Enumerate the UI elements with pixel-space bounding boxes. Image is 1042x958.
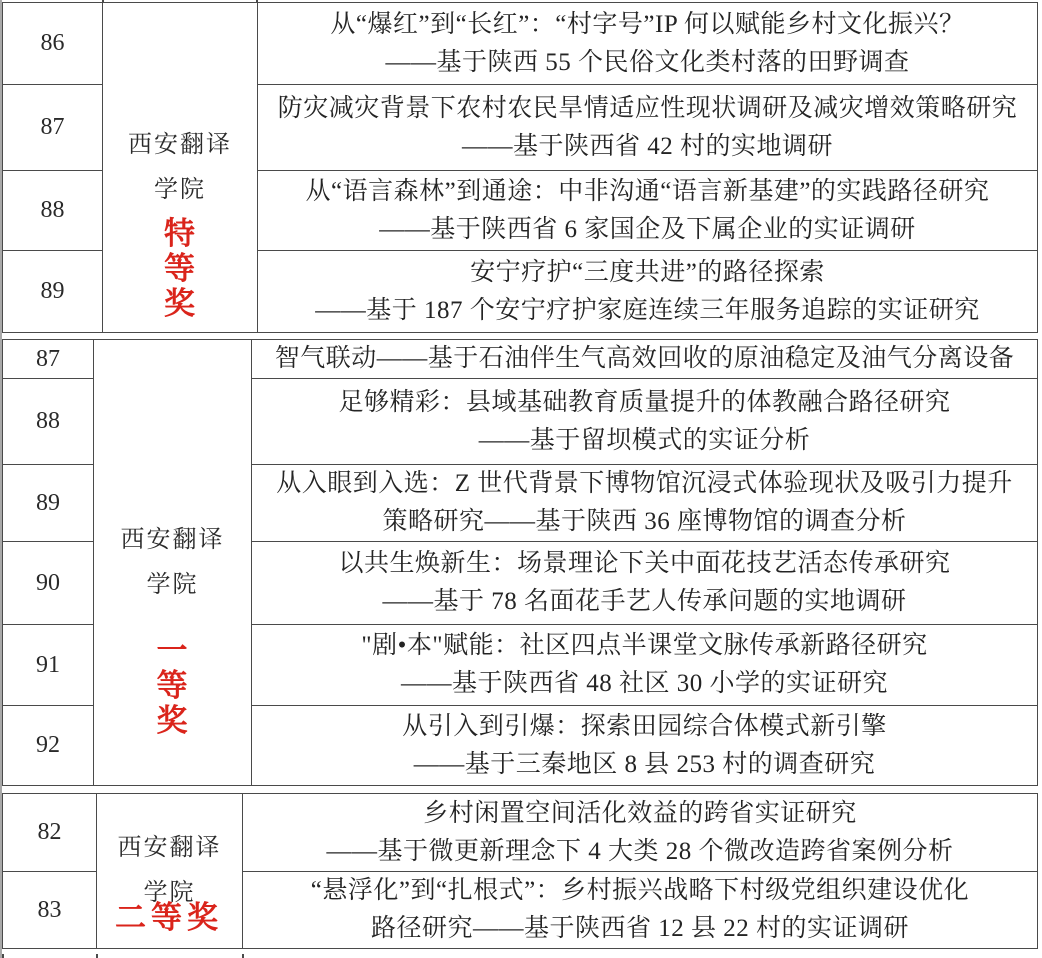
title-cell: 乡村闲置空间活化效益的跨省实证研究 ——基于微更新理念下 4 大类 28 个微改…	[243, 794, 1038, 872]
title-cell: 从“爆红”到“长红”：“村字号”IP 何以赋能乡村文化振兴？ ——基于陕西 55…	[258, 3, 1038, 85]
institution-name: 西安翻译 学院	[94, 518, 251, 608]
table-row: 82 西安翻译 学院 乡村闲置空间活化效益的跨省实证研究 ——基于微更新理念下 …	[3, 794, 1038, 872]
title-cell: 以共生焕新生：场景理论下关中面花技艺活态传承研究 ——基于 78 名面花手艺人传…	[252, 542, 1038, 625]
title-cell: 从“语言森林”到通途：中非沟通“语言新基建”的实践路径研究 ——基于陕西省 6 …	[258, 171, 1038, 251]
project-subtitle-line: 路径研究——基于陕西省 12 县 22 村的实证调研	[243, 910, 1037, 948]
project-subtitle-line: ——基于陕西省 42 村的实地调研	[258, 128, 1037, 166]
title-cell: 从引入到引爆：探索田园综合体模式新引擎 ——基于三秦地区 8 县 253 村的调…	[252, 706, 1038, 786]
project-subtitle-line: ——基于 78 名面花手艺人传承问题的实地调研	[252, 583, 1037, 621]
project-subtitle-line: ——基于微更新理念下 4 大类 28 个微改造跨省案例分析	[243, 833, 1037, 871]
serial-cell: 90	[3, 542, 94, 625]
serial-cell: 89	[3, 251, 103, 333]
title-cell: 从入眼到入选：Z 世代背景下博物馆沉浸式体验现状及吸引力提升 策略研究——基于陕…	[252, 465, 1038, 542]
project-title-line: 足够精彩：县域基础教育质量提升的体教融合路径研究	[252, 384, 1037, 422]
title-cell: "剧•本"赋能：社区四点半课堂文脉传承新路径研究 ——基于陕西省 48 社区 3…	[252, 625, 1038, 706]
title-cell: 安宁疗护“三度共进”的路径探索 ——基于 187 个安宁疗护家庭连续三年服务追踪…	[258, 251, 1038, 333]
serial-cell: 86	[3, 3, 103, 85]
project-title-line: 智气联动——基于石油伴生气高效回收的原油稳定及油气分离设备	[252, 340, 1037, 378]
institution-cell: 西安翻译 学院	[103, 3, 258, 333]
serial-cell: 88	[3, 171, 103, 251]
institution-name: 西安翻译 学院	[103, 123, 257, 213]
project-title-line: "剧•本"赋能：社区四点半课堂文脉传承新路径研究	[252, 627, 1037, 665]
institution-cell: 西安翻译 学院	[94, 340, 252, 786]
first-prize-table: 87 西安翻译 学院 智气联动——基于石油伴生气高效回收的原油稳定及油气分离设备…	[2, 339, 1038, 786]
project-subtitle-line: ——基于 187 个安宁疗护家庭连续三年服务追踪的实证研究	[258, 292, 1037, 330]
title-cell: 防灾减灾背景下农村农民旱情适应性现状调研及减灾增效策略研究 ——基于陕西省 42…	[258, 85, 1038, 171]
title-cell: “悬浮化”到“扎根式”：乡村振兴战略下村级党组织建设优化 路径研究——基于陕西省…	[243, 872, 1038, 949]
project-subtitle-line: ——基于留坝模式的实证分析	[252, 422, 1037, 460]
project-title-line: 从入眼到入选：Z 世代背景下博物馆沉浸式体验现状及吸引力提升	[252, 465, 1037, 503]
serial-cell: 91	[3, 625, 94, 706]
project-subtitle-line: ——基于三秦地区 8 县 253 村的调查研究	[252, 746, 1037, 784]
serial-cell: 92	[3, 706, 94, 786]
project-subtitle-line: 策略研究——基于陕西 36 座博物馆的调查分析	[252, 503, 1037, 541]
special-prize-table: 86 西安翻译 学院 从“爆红”到“长红”：“村字号”IP 何以赋能乡村文化振兴…	[2, 2, 1038, 333]
table-row: 86 西安翻译 学院 从“爆红”到“长红”：“村字号”IP 何以赋能乡村文化振兴…	[3, 3, 1038, 85]
institution-name: 西安翻译 学院	[97, 826, 242, 916]
project-title-line: 从“爆红”到“长红”：“村字号”IP 何以赋能乡村文化振兴？	[258, 6, 1037, 44]
project-title-line: 以共生焕新生：场景理论下关中面花技艺活态传承研究	[252, 545, 1037, 583]
project-title-line: 安宁疗护“三度共进”的路径探索	[258, 254, 1037, 292]
project-title-line: “悬浮化”到“扎根式”：乡村振兴战略下村级党组织建设优化	[243, 872, 1037, 910]
next-table-border-stub	[96, 954, 98, 958]
project-title-line: 防灾减灾背景下农村农民旱情适应性现状调研及减灾增效策略研究	[258, 90, 1037, 128]
table-row: 87 西安翻译 学院 智气联动——基于石油伴生气高效回收的原油稳定及油气分离设备	[3, 340, 1038, 379]
title-cell: 足够精彩：县域基础教育质量提升的体教融合路径研究 ——基于留坝模式的实证分析	[252, 379, 1038, 465]
project-subtitle-line: ——基于陕西省 6 家国企及下属企业的实证调研	[258, 211, 1037, 249]
award-list-page: 86 西安翻译 学院 从“爆红”到“长红”：“村字号”IP 何以赋能乡村文化振兴…	[0, 0, 1042, 958]
title-cell: 智气联动——基于石油伴生气高效回收的原油稳定及油气分离设备	[252, 340, 1038, 379]
next-table-border-stub	[242, 954, 244, 958]
second-prize-table: 82 西安翻译 学院 乡村闲置空间活化效益的跨省实证研究 ——基于微更新理念下 …	[2, 793, 1038, 949]
serial-cell: 88	[3, 379, 94, 465]
project-title-line: 乡村闲置空间活化效益的跨省实证研究	[243, 795, 1037, 833]
serial-cell: 87	[3, 85, 103, 171]
institution-cell: 西安翻译 学院	[97, 794, 243, 949]
next-table-border-stub	[2, 954, 4, 958]
serial-cell: 82	[3, 794, 97, 872]
project-title-line: 从引入到引爆：探索田园综合体模式新引擎	[252, 708, 1037, 746]
serial-cell: 87	[3, 340, 94, 379]
project-subtitle-line: ——基于陕西 55 个民俗文化类村落的田野调查	[258, 44, 1037, 82]
serial-cell: 89	[3, 465, 94, 542]
project-subtitle-line: ——基于陕西省 48 社区 30 小学的实证研究	[252, 665, 1037, 703]
serial-cell: 83	[3, 872, 97, 949]
project-title-line: 从“语言森林”到通途：中非沟通“语言新基建”的实践路径研究	[258, 173, 1037, 211]
